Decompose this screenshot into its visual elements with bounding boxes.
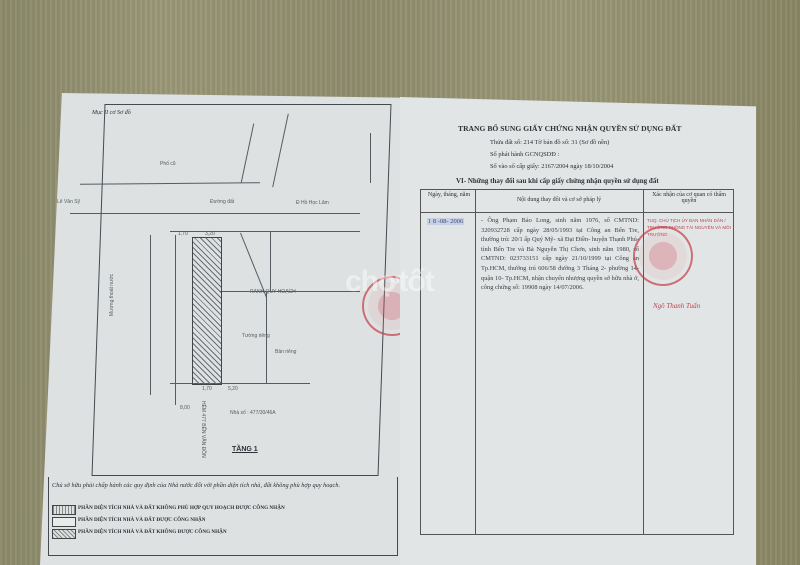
- row-content: - Ông Phạm Bảo Long, sinh năm 1976, số C…: [481, 216, 639, 293]
- label-alley: HẺM 477 BẾN VÂN ĐỒN: [200, 401, 206, 458]
- dimension-label: 8,00: [180, 405, 190, 411]
- table-column-divider: [475, 190, 476, 534]
- neighbor-line: [270, 231, 271, 291]
- label-road-center: Đường đất: [210, 199, 234, 205]
- label-floor: TẦNG 1: [232, 446, 258, 453]
- legend-item: PHẦN DIỆN TÍCH NHÀ VÀ ĐẤT KHÔNG PHÙ HỢP …: [78, 505, 285, 511]
- dimension-label: 3,20: [205, 231, 215, 237]
- legend-item: PHẦN DIỆN TÍCH NHÀ VÀ ĐẤT ĐƯỢC CÔNG NHẬN: [78, 517, 206, 523]
- lot-top-line: [170, 231, 360, 232]
- changes-table: Ngày, tháng, năm Nội dung thay đổi và cơ…: [420, 189, 734, 535]
- register-number: Số vào sổ cấp giấy: 2167/2004 ngày 18/10…: [490, 163, 613, 170]
- label-neighbor: Bản riêng: [275, 349, 296, 355]
- label-planning-line: RANH QUY HOẠCH: [250, 289, 296, 295]
- table-header-divider: [421, 212, 733, 213]
- legend-swatch-not-recognized: [52, 529, 76, 539]
- label-canal: Mương thoát nước: [109, 274, 115, 316]
- header-date: Ngày, tháng, năm: [424, 192, 474, 198]
- canal-line-2: [175, 235, 176, 405]
- dimension-label: 1,70: [178, 231, 188, 237]
- issue-number: Số phát hành GCNQSDĐ :: [490, 151, 559, 158]
- section-title: VI- Những thay đổi sau khi cấp giấy chứn…: [456, 177, 659, 185]
- legend-item: PHẦN DIỆN TÍCH NHÀ VÀ ĐẤT KHÔNG ĐƯỢC CÔN…: [78, 529, 227, 535]
- label-shared-wall: Tường riêng: [242, 333, 270, 339]
- dimension-label: 5,20: [228, 386, 238, 392]
- parcel-info: Thửa đất số: 214 Tờ bản đồ số: 31 (Sơ đồ…: [490, 139, 609, 146]
- canal-line-1: [150, 235, 151, 395]
- header-authority: Xác nhận của cơ quan có thẩm quyền: [647, 192, 731, 204]
- north-arrow: [370, 133, 371, 183]
- right-page-changes: TRANG BỔ SUNG GIẤY CHỨNG NHẬN QUYỀN SỬ D…: [400, 97, 756, 565]
- road-edge-bottom: [70, 213, 360, 214]
- section-label: Mục II cơ Sơ đồ: [92, 110, 131, 116]
- lot-hatched-area: [192, 237, 222, 385]
- label-street-top: Phố cũ: [160, 161, 176, 167]
- header-content: Nội dung thay đổi và cơ sở pháp lý: [479, 197, 639, 203]
- label-house-no: Nhà số : 477/30/46A: [230, 410, 276, 416]
- watermark: chợtốt: [345, 265, 434, 299]
- row-date: 1 8 -08- 2006: [427, 218, 464, 225]
- legend-swatch-recognized: [52, 517, 76, 527]
- compliance-note: Chủ sở hữu phải chấp hành các quy định c…: [52, 481, 382, 490]
- label-road-right: Đ Hồ Học Lãm: [296, 200, 329, 206]
- legend-swatch-not-conforming: [52, 505, 76, 515]
- red-seal-stamp-right: [633, 226, 693, 286]
- lot-bottom-line: [170, 383, 310, 384]
- left-page-site-plan: Mục II cơ Sơ đồ Phố cũ Đ Lê Văn Sỹ Đường…: [40, 93, 405, 565]
- dimension-label: 1,70: [202, 386, 212, 392]
- page-title: TRANG BỔ SUNG GIẤY CHỨNG NHẬN QUYỀN SỬ D…: [458, 124, 681, 133]
- signer-name: Ngô Thanh Tuấn: [653, 302, 700, 310]
